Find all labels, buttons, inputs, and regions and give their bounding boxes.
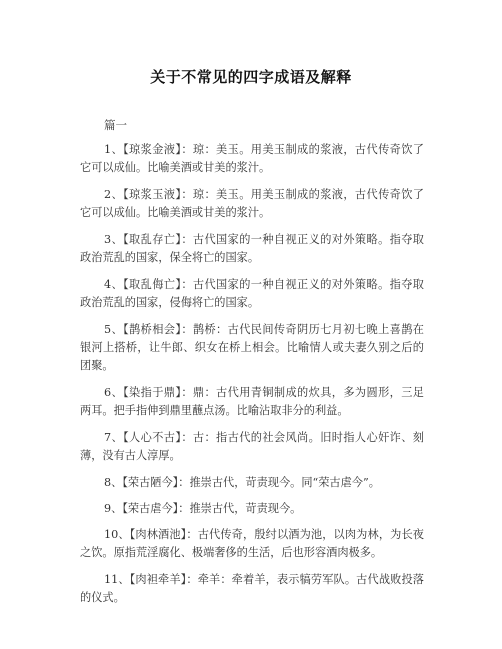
document-title: 关于不常见的四字成语及解释 — [0, 66, 502, 87]
entry-item: 6、【染指于鼎】：鼎：古代用青铜制成的炊具，多为圆形，三足两耳。把手指伸到鼎里蘸… — [80, 384, 424, 420]
entry-term: 【鹊桥相会】 — [123, 323, 181, 336]
entry-item: 8、【荣古陋今】：推崇古代，苛责现今。同“荣古虐今”。 — [80, 474, 424, 492]
entry-term: 【人心不古】 — [123, 431, 181, 444]
entry-term: 【琼浆金液】 — [123, 143, 181, 156]
entry-term: 【荣古虐今】 — [122, 502, 178, 515]
entry-item: 1、【琼浆金液】：琼：美玉。用美玉制成的浆液，古代传奇饮了它可以成仙。比喻美酒或… — [80, 141, 424, 177]
entry-item: 3、【取乱存亡】：古代国家的一种自视正义的对外策略。指夺取政治荒乱的国家，保全将… — [80, 231, 424, 267]
entry-number: 1、 — [104, 143, 123, 156]
entry-number: 10、 — [104, 528, 130, 541]
entry-term: 【取乱存亡】 — [123, 233, 181, 246]
entry-item: 9、【荣古虐今】：推崇古代，苛责现今。 — [80, 500, 424, 518]
entry-list: 1、【琼浆金液】：琼：美玉。用美玉制成的浆液，古代传奇饮了它可以成仙。比喻美酒或… — [80, 141, 424, 616]
entry-item: 7、【人心不古】：古：指古代的社会风尚。旧时指人心奸诈、刻薄，没有古人淳厚。 — [80, 429, 424, 465]
document-page: 关于不常见的四字成语及解释 篇一 1、【琼浆金液】：琼：美玉。用美玉制成的浆液，… — [0, 0, 502, 649]
entry-item: 2、【琼浆玉液】：琼：美玉。用美玉制成的浆液，古代传奇饮了它可以成仙。比喻美酒或… — [80, 186, 424, 222]
section-heading: 篇一 — [104, 117, 127, 133]
entry-term: 【肉林酒池】 — [130, 528, 187, 541]
entry-term: 【琼浆玉液】 — [123, 188, 181, 201]
entry-term: 【取乱侮亡】 — [123, 278, 181, 291]
entry-number: 4、 — [104, 278, 123, 291]
entry-term: 【荣古陋今】 — [122, 476, 178, 489]
entry-number: 5、 — [104, 323, 123, 336]
entry-number: 2、 — [104, 188, 123, 201]
entry-text: ：推崇古代，苛责现今。 — [178, 502, 301, 515]
entry-number: 8、 — [104, 476, 122, 489]
entry-item: 4、【取乱侮亡】：古代国家的一种自视正义的对外策略。指夺取政治荒乱的国家，侵侮将… — [80, 276, 424, 312]
entry-number: 6、 — [104, 386, 123, 399]
entry-text: ：推崇古代，苛责现今。同“荣古虐今”。 — [178, 476, 380, 489]
entry-number: 9、 — [104, 502, 122, 515]
entry-number: 3、 — [104, 233, 123, 246]
entry-item: 10、【肉林酒池】：古代传奇，殷纣以酒为池，以肉为林，为长夜之饮。原指荒淫腐化、… — [80, 526, 424, 562]
entry-item: 11、【肉袒牵羊】：牵羊：牵着羊，表示犒劳军队。古代战败投落的仪式。 — [80, 571, 424, 607]
entry-term: 【染指于鼎】 — [123, 386, 181, 399]
entry-term: 【肉袒牵羊】 — [130, 573, 187, 586]
entry-number: 11、 — [104, 573, 130, 586]
entry-number: 7、 — [104, 431, 123, 444]
entry-item: 5、【鹊桥相会】：鹊桥：古代民间传奇阴历七月初七晚上喜鹊在银河上搭桥，让牛郎、织… — [80, 321, 424, 375]
